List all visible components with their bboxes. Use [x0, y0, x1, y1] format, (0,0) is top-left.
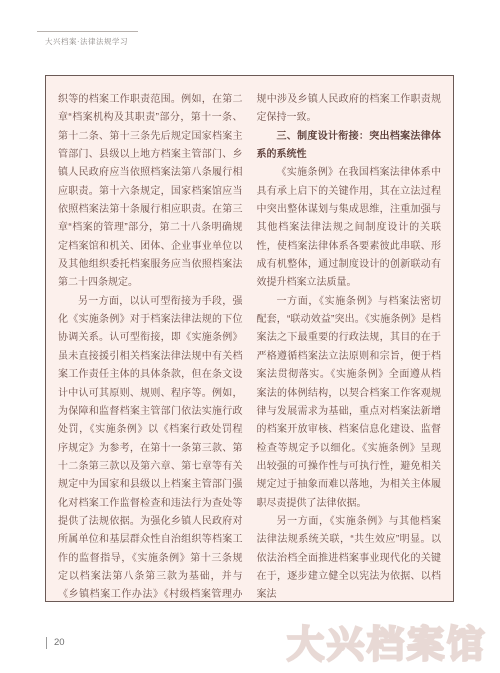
paragraph: 织等的档案工作职责范围。例如，在第二章“档案机构及其职责”部分，第十一条、第十二… — [58, 91, 243, 293]
paragraph: 一方面，《实施条例》与档案法密切配套，“联动效益”突出。《实施条例》是档案法之下… — [257, 293, 442, 513]
page-header: 大兴档案·法律法规学习 — [37, 31, 138, 47]
right-column: 规中涉及乡镇人民政府的档案工作职责规定保持一致。三、制度设计衔接：突出档案法律体… — [257, 91, 442, 587]
section-heading: 三、制度设计衔接：突出档案法律体系的系统性 — [257, 128, 442, 165]
paragraph: 规中涉及乡镇人民政府的档案工作职责规定保持一致。 — [257, 91, 442, 128]
magazine-page: 大兴档案·法律法规学习 织等的档案工作职责范围。例如，在第二章“档案机构及其职责… — [0, 0, 500, 673]
article-box: 织等的档案工作职责范围。例如，在第二章“档案机构及其职责”部分，第十一条、第十二… — [45, 75, 454, 602]
header-label: 大兴档案·法律法规学习 — [37, 36, 138, 47]
paragraph: 另一方面，以认可型衔接为手段，强化《实施条例》对于档案法律法规的下位协调关系。认… — [58, 293, 243, 602]
page-number: 20 — [46, 637, 65, 649]
paragraph: 《实施条例》在我国档案法律体系中具有承上启下的关键作用，其在立法过程中突出整体谋… — [257, 164, 442, 292]
watermark: 大兴档案馆 — [287, 614, 487, 668]
paragraph: 另一方面，《实施条例》与其他档案法律法规系统关联，“共生效应”明显。以依法治档全… — [257, 513, 442, 602]
left-column: 织等的档案工作职责范围。例如，在第二章“档案机构及其职责”部分，第十一条、第十二… — [58, 91, 243, 587]
